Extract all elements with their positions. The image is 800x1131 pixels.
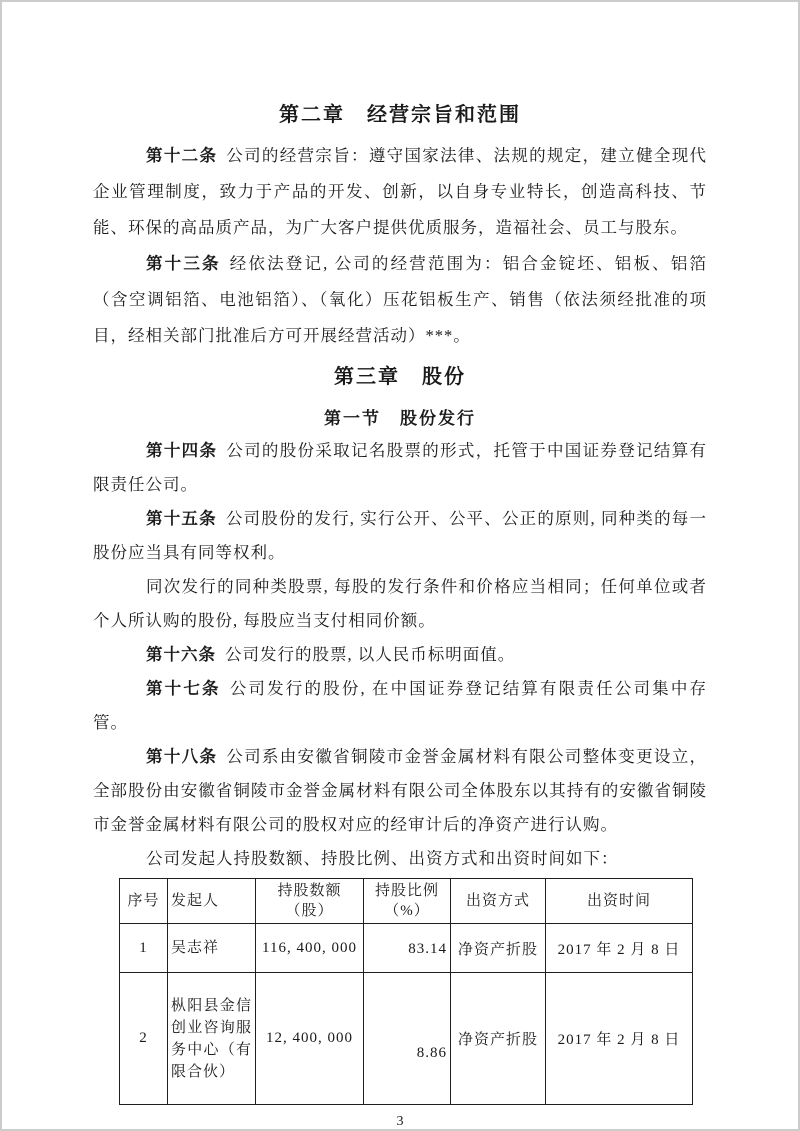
row2-serial: 2 <box>120 973 168 1105</box>
row1-founder: 吴志祥 <box>168 924 256 973</box>
row2-shares: 12, 400, 000 <box>256 973 364 1105</box>
article-14-term: 第十四条 <box>146 441 217 460</box>
article-12: 第十二条公司的经营宗旨：遵守国家法律、法规的规定，建立健全现代企业管理制度，致力… <box>93 138 707 246</box>
row2-date: 2017 年 2 月 8 日 <box>546 973 693 1105</box>
header-ratio: 持股比例 （%） <box>364 879 451 924</box>
header-method: 出资方式 <box>451 879 546 924</box>
row2-method: 净资产折股 <box>451 973 546 1105</box>
row1-serial: 1 <box>120 924 168 973</box>
table-row: 1 吴志祥 116, 400, 000 83.14 净资产折股 2017 年 2… <box>120 924 693 973</box>
row1-method: 净资产折股 <box>451 924 546 973</box>
article-12-term: 第十二条 <box>146 146 217 165</box>
article-13-term: 第十三条 <box>146 254 221 273</box>
article-13: 第十三条经依法登记, 公司的经营范围为：铝合金锭坯、铝板、铝箔（含空调铝箔、电池… <box>93 246 707 354</box>
founders-table: 序号 发起人 持股数额 （股） 持股比例 （%） 出资方式 出资时间 1 吴志祥… <box>119 878 693 1105</box>
page-content: 第二章 经营宗旨和范围 第十二条公司的经营宗旨：遵守国家法律、法规的规定，建立健… <box>93 0 707 1130</box>
table-header-row: 序号 发起人 持股数额 （股） 持股比例 （%） 出资方式 出资时间 <box>120 879 693 924</box>
row1-shares: 116, 400, 000 <box>256 924 364 973</box>
chapter3-title: 第三章 股份 <box>93 362 707 392</box>
article-15-term: 第十五条 <box>146 509 217 528</box>
article-16-term: 第十六条 <box>146 645 216 664</box>
article-16-text: 公司发行的股票, 以人民币标明面值。 <box>225 645 515 664</box>
row2-ratio: 8.86 <box>364 973 451 1105</box>
founders-table-intro: 公司发起人持股数额、持股比例、出资方式和出资时间如下： <box>93 842 707 876</box>
article-15: 第十五条公司股份的发行, 实行公开、公平、公正的原则, 同种类的每一股份应当具有… <box>93 502 707 570</box>
header-date: 出资时间 <box>546 879 693 924</box>
row1-ratio: 83.14 <box>364 924 451 973</box>
article-17: 第十七条公司发行的股份, 在中国证券登记结算有限责任公司集中存管。 <box>93 672 707 740</box>
header-serial: 序号 <box>120 879 168 924</box>
header-founder: 发起人 <box>168 879 256 924</box>
article-14: 第十四条公司的股份采取记名股票的形式，托管于中国证券登记结算有限责任公司。 <box>93 434 707 502</box>
article-15-continuation: 同次发行的同种类股票, 每股的发行条件和价格应当相同；任何单位或者个人所认购的股… <box>93 570 707 638</box>
founders-table-intro-text: 公司发起人持股数额、持股比例、出资方式和出资时间如下： <box>146 849 619 868</box>
article-18: 第十八条公司系由安徽省铜陵市金誉金属材料有限公司整体变更设立，全部股份由安徽省铜… <box>93 740 707 842</box>
article-15-continuation-text: 同次发行的同种类股票, 每股的发行条件和价格应当相同；任何单位或者个人所认购的股… <box>93 577 707 630</box>
article-17-term: 第十七条 <box>146 679 221 698</box>
table-row: 2 枞阳县金信创业咨询服务中心（有限合伙） 12, 400, 000 8.86 … <box>120 973 693 1105</box>
article-16: 第十六条公司发行的股票, 以人民币标明面值。 <box>93 638 707 672</box>
section1-title: 第一节 股份发行 <box>93 406 707 432</box>
chapter2-title: 第二章 经营宗旨和范围 <box>93 100 707 130</box>
header-shares: 持股数额 （股） <box>256 879 364 924</box>
document-page: 第二章 经营宗旨和范围 第十二条公司的经营宗旨：遵守国家法律、法规的规定，建立健… <box>0 0 800 1131</box>
article-18-term: 第十八条 <box>146 747 217 766</box>
row2-founder: 枞阳县金信创业咨询服务中心（有限合伙） <box>168 973 256 1105</box>
page-number: 3 <box>93 1114 707 1130</box>
row1-date: 2017 年 2 月 8 日 <box>546 924 693 973</box>
